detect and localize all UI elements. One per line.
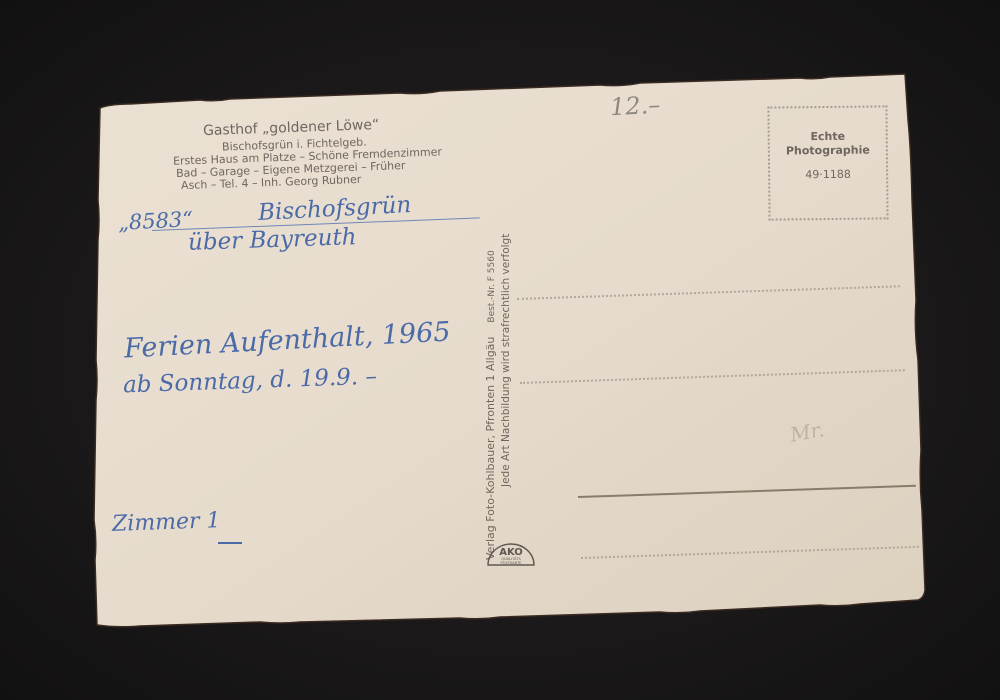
order-number: Best.-Nr. F 5560 [487,250,497,322]
pencil-price: 12.– [609,91,661,122]
ako-logo-icon: AKO QUALITÄTS POSTKARTE [486,541,536,567]
handwritten-line-1: Ferien Aufenthalt, 1965 [123,316,451,364]
address-line-1 [517,285,900,300]
address-line-3 [578,485,916,498]
svg-text:POSTKARTE: POSTKARTE [501,561,523,565]
pencil-mark: Mr. [788,417,826,447]
stamp-line-2: Photographie [770,143,886,157]
stamp-line-1: Echte [770,129,886,143]
handwritten-room: Zimmer 1 [112,508,221,537]
stamp-box: Echte Photographie 49·1188 [767,105,888,220]
publisher-line-1: Verlag Foto-Kohlbauer, Pfronten 1 Allgäu… [484,250,497,560]
room-underline [218,542,242,544]
card-content: Gasthof „goldener Löwe“ Bischofsgrün i. … [0,0,1000,700]
publisher-line-2: Jede Art Nachbildung wird strafrechtlich… [500,234,512,487]
handwritten-via: über Bayreuth [188,224,357,256]
handwritten-line-2: ab Sonntag, d. 19.9. – [123,364,378,399]
stamp-code: 49·1188 [770,167,886,181]
address-line-4 [581,546,919,559]
address-line-2 [520,369,905,384]
publisher-name: Verlag Foto-Kohlbauer, Pfronten 1 Allgäu [484,337,497,560]
